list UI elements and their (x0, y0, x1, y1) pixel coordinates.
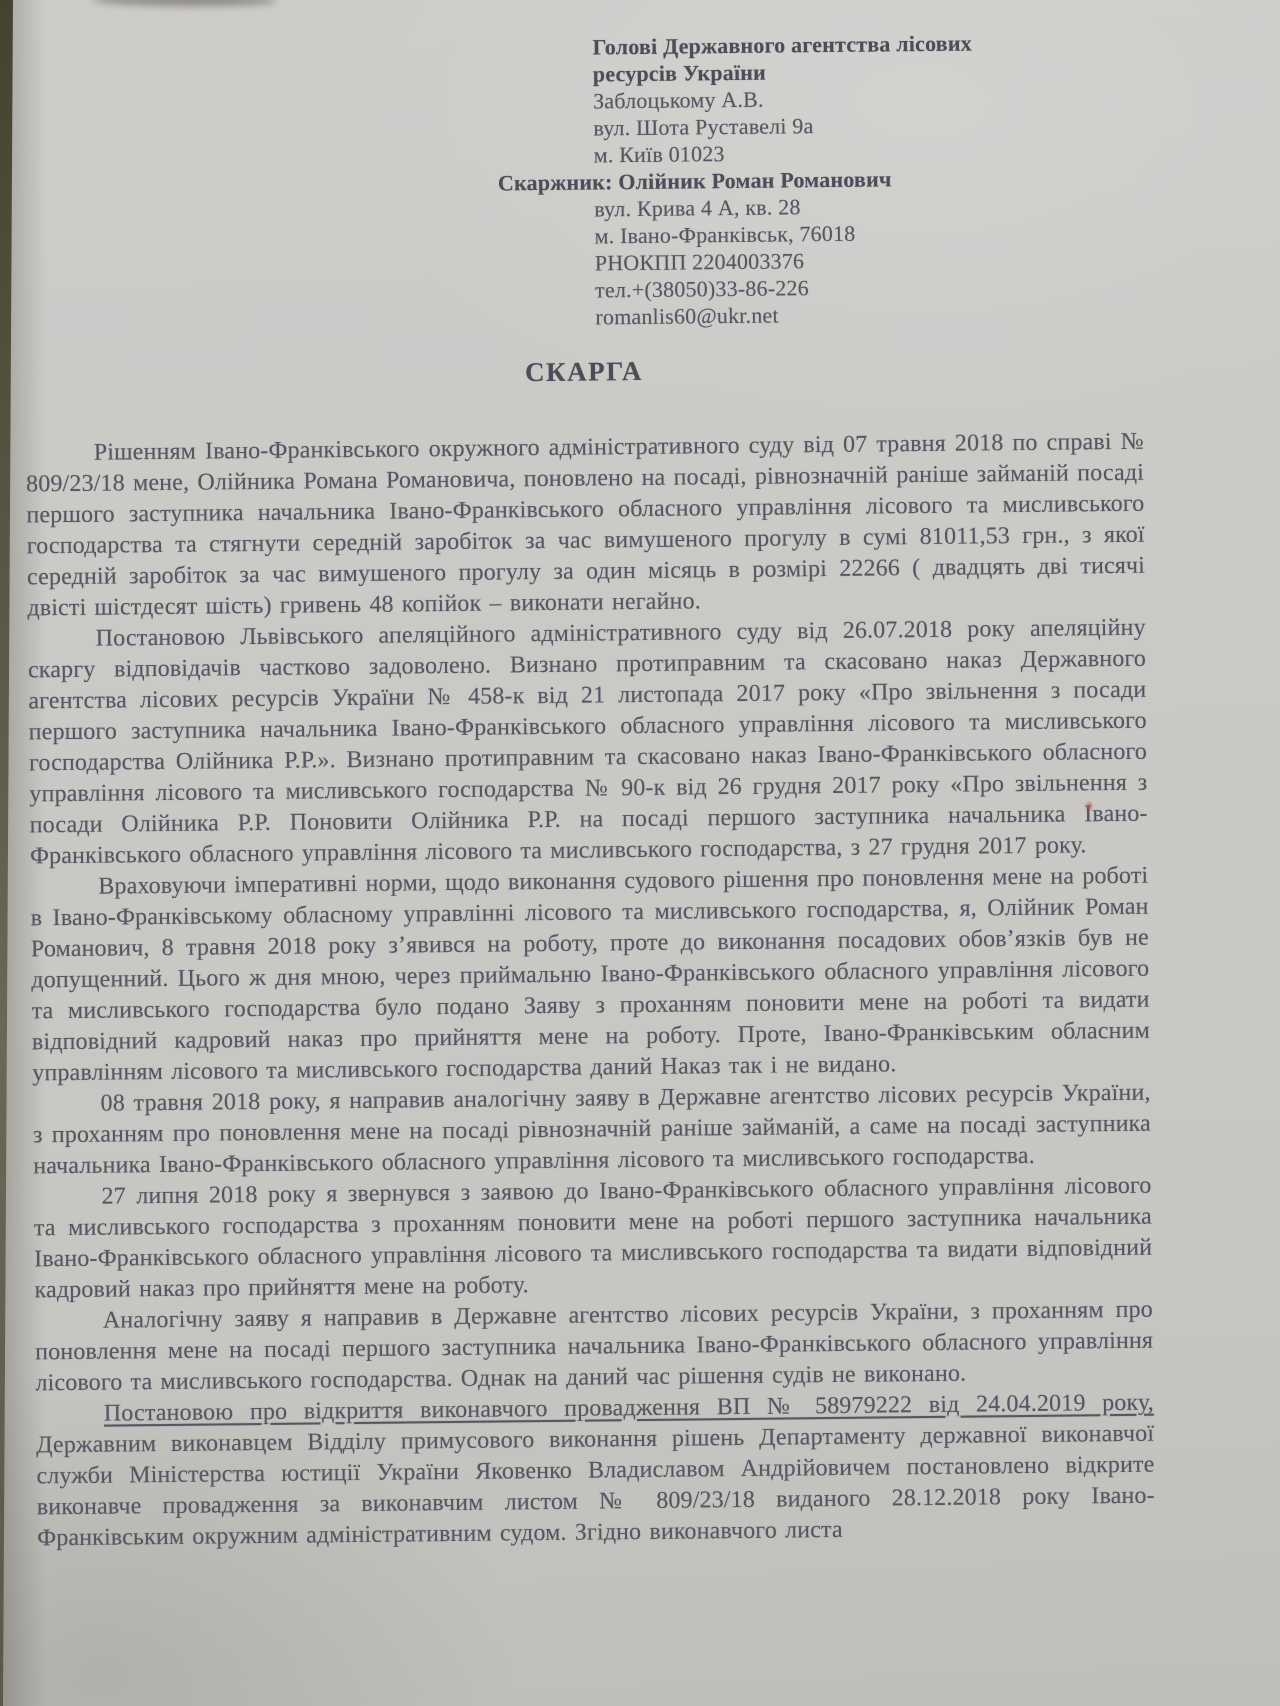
document-page: Голові Державного агентства лісовихресур… (0, 0, 1280, 1706)
paragraph: Рішенням Івано-Франківського окружного а… (26, 427, 1146, 625)
document-content: Голові Державного агентства лісовихресур… (0, 0, 1280, 1706)
paragraph: Постановою Львівського апеляційного адмі… (28, 613, 1149, 873)
photo-background: Голові Державного агентства лісовихресур… (0, 0, 1280, 1706)
document-title: СКАРГА (25, 351, 1143, 393)
paragraph: Постановою про відкриття виконавчого про… (36, 1388, 1156, 1555)
document-body: Рішенням Івано-Франківського окружного а… (26, 427, 1156, 1555)
paragraph: Аналогічну заяву я направив в Державне а… (35, 1295, 1154, 1400)
paragraph: 08 травня 2018 року, я направив аналогіч… (32, 1078, 1151, 1183)
paragraph: Враховуючи імперативні норми, щодо викон… (30, 861, 1150, 1090)
recipient-block: Голові Державного агентства лісовихресур… (496, 26, 1274, 331)
ink-speck-artifact (1086, 802, 1092, 811)
paragraph: 27 липня 2018 року я звернувся з заявою … (33, 1171, 1152, 1307)
